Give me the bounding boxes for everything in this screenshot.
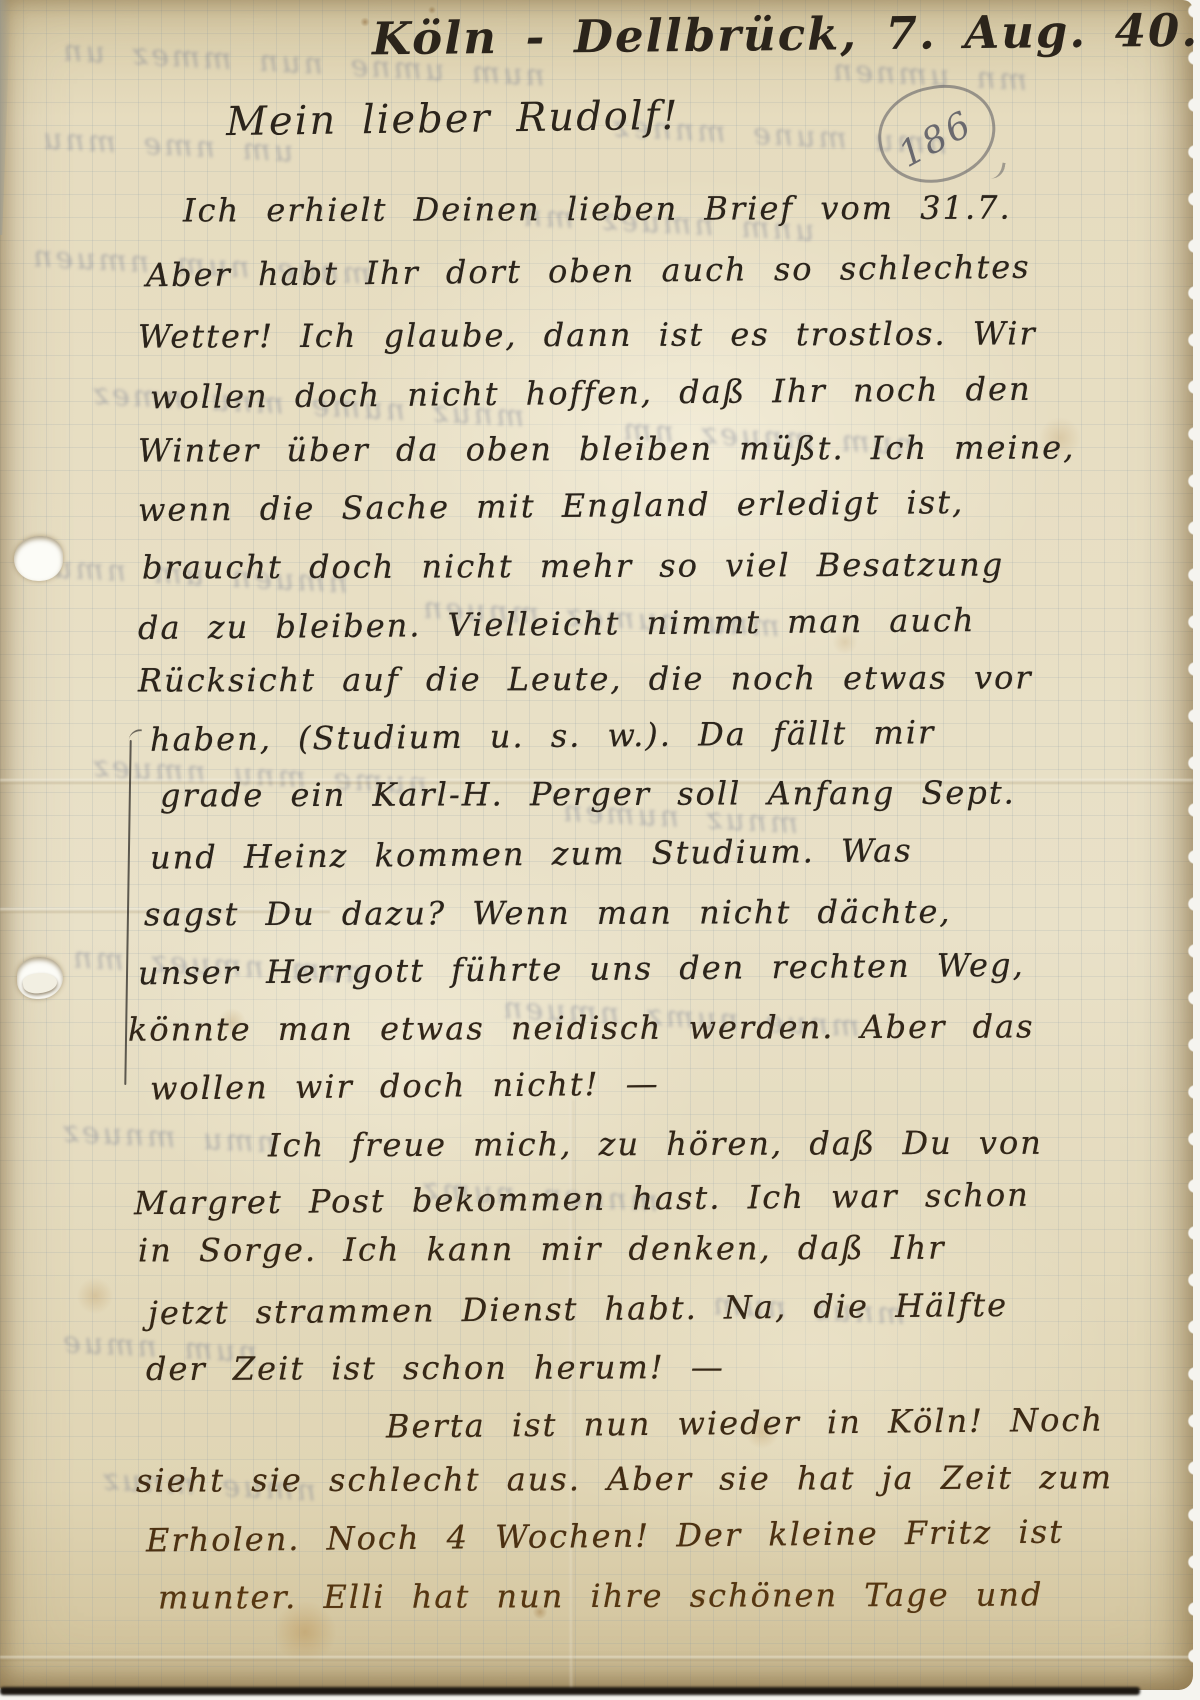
hole-punch-torn xyxy=(17,957,63,999)
handwritten-line: Berta ist nun wieder in Köln! Noch xyxy=(386,1401,1104,1446)
page-number: 186 xyxy=(892,103,980,176)
handwritten-line: da zu bleiben. Vielleicht nimmt man auch xyxy=(138,601,976,647)
handwritten-line: der Zeit ist schon herum! — xyxy=(146,1348,725,1388)
handwritten-line: Margret Post bekommen hast. Ich war scho… xyxy=(134,1176,1030,1223)
handwritten-line: wollen wir doch nicht! — xyxy=(150,1065,660,1108)
letter-paper: num umne nun mmez unmn umnenum nme mnunm… xyxy=(0,0,1193,1690)
handwritten-line: wenn die Sache mit England erledigt ist, xyxy=(138,483,964,529)
handwritten-line: munter. Elli hat nun ihre schönen Tage u… xyxy=(158,1575,1044,1616)
fold-crease xyxy=(0,1656,1193,1661)
handwritten-line: Rücksicht auf die Leute, die noch etwas … xyxy=(138,658,1033,699)
handwritten-line: Aber habt Ihr dort oben auch so schlecht… xyxy=(146,248,1031,294)
handwritten-line: grade ein Karl-H. Perger soll Anfang Sep… xyxy=(160,774,1016,815)
handwritten-line: unser Herrgott führte uns den rechten We… xyxy=(138,946,1025,993)
scanned-letter-page: num umne nun mmez unmn umnenum nme mnunm… xyxy=(0,0,1200,1700)
handwritten-line: wollen doch nicht hoffen, daß Ihr noch d… xyxy=(150,370,1032,416)
torn-right-edge xyxy=(1182,0,1198,1690)
handwritten-line: sagst Du dazu? Wenn man nicht dächte, xyxy=(144,893,952,934)
salutation: Mein lieber Rudolf! xyxy=(226,93,680,145)
handwritten-line: Ich erhielt Deinen lieben Brief vom 31.7… xyxy=(183,189,1012,230)
handwritten-line: Ich freue mich, zu hören, daß Du von xyxy=(268,1124,1043,1165)
handwritten-line: und Heinz kommen zum Studium. Was xyxy=(150,831,913,876)
handwritten-line: sieht sie schlecht aus. Aber sie hat ja … xyxy=(136,1458,1113,1499)
handwritten-line: in Sorge. Ich kann mir denken, daß Ihr xyxy=(138,1229,946,1270)
handwritten-line: Wetter! Ich glaube, dann ist es trostlos… xyxy=(138,314,1037,355)
handwritten-line: haben, (Studium u. s. w.). Da fällt mir xyxy=(150,713,936,759)
handwritten-line: Erholen. Noch 4 Wochen! Der kleine Fritz… xyxy=(146,1513,1064,1560)
handwritten-line: braucht doch nicht mehr so viel Besatzun… xyxy=(142,545,1004,586)
corner-notch xyxy=(0,0,11,235)
handwritten-line: Winter über da oben bleiben müßt. Ich me… xyxy=(138,428,1075,469)
dateline: Köln - Dellbrück, 7. Aug. 40. xyxy=(372,4,1199,66)
paper-edge-shadow xyxy=(0,1687,1140,1695)
bleedthrough-text: nmu mnuez xyxy=(59,1114,277,1160)
handwritten-line: könnte man etwas neidisch werden. Aber d… xyxy=(128,1007,1035,1048)
hole-punch xyxy=(14,536,63,581)
